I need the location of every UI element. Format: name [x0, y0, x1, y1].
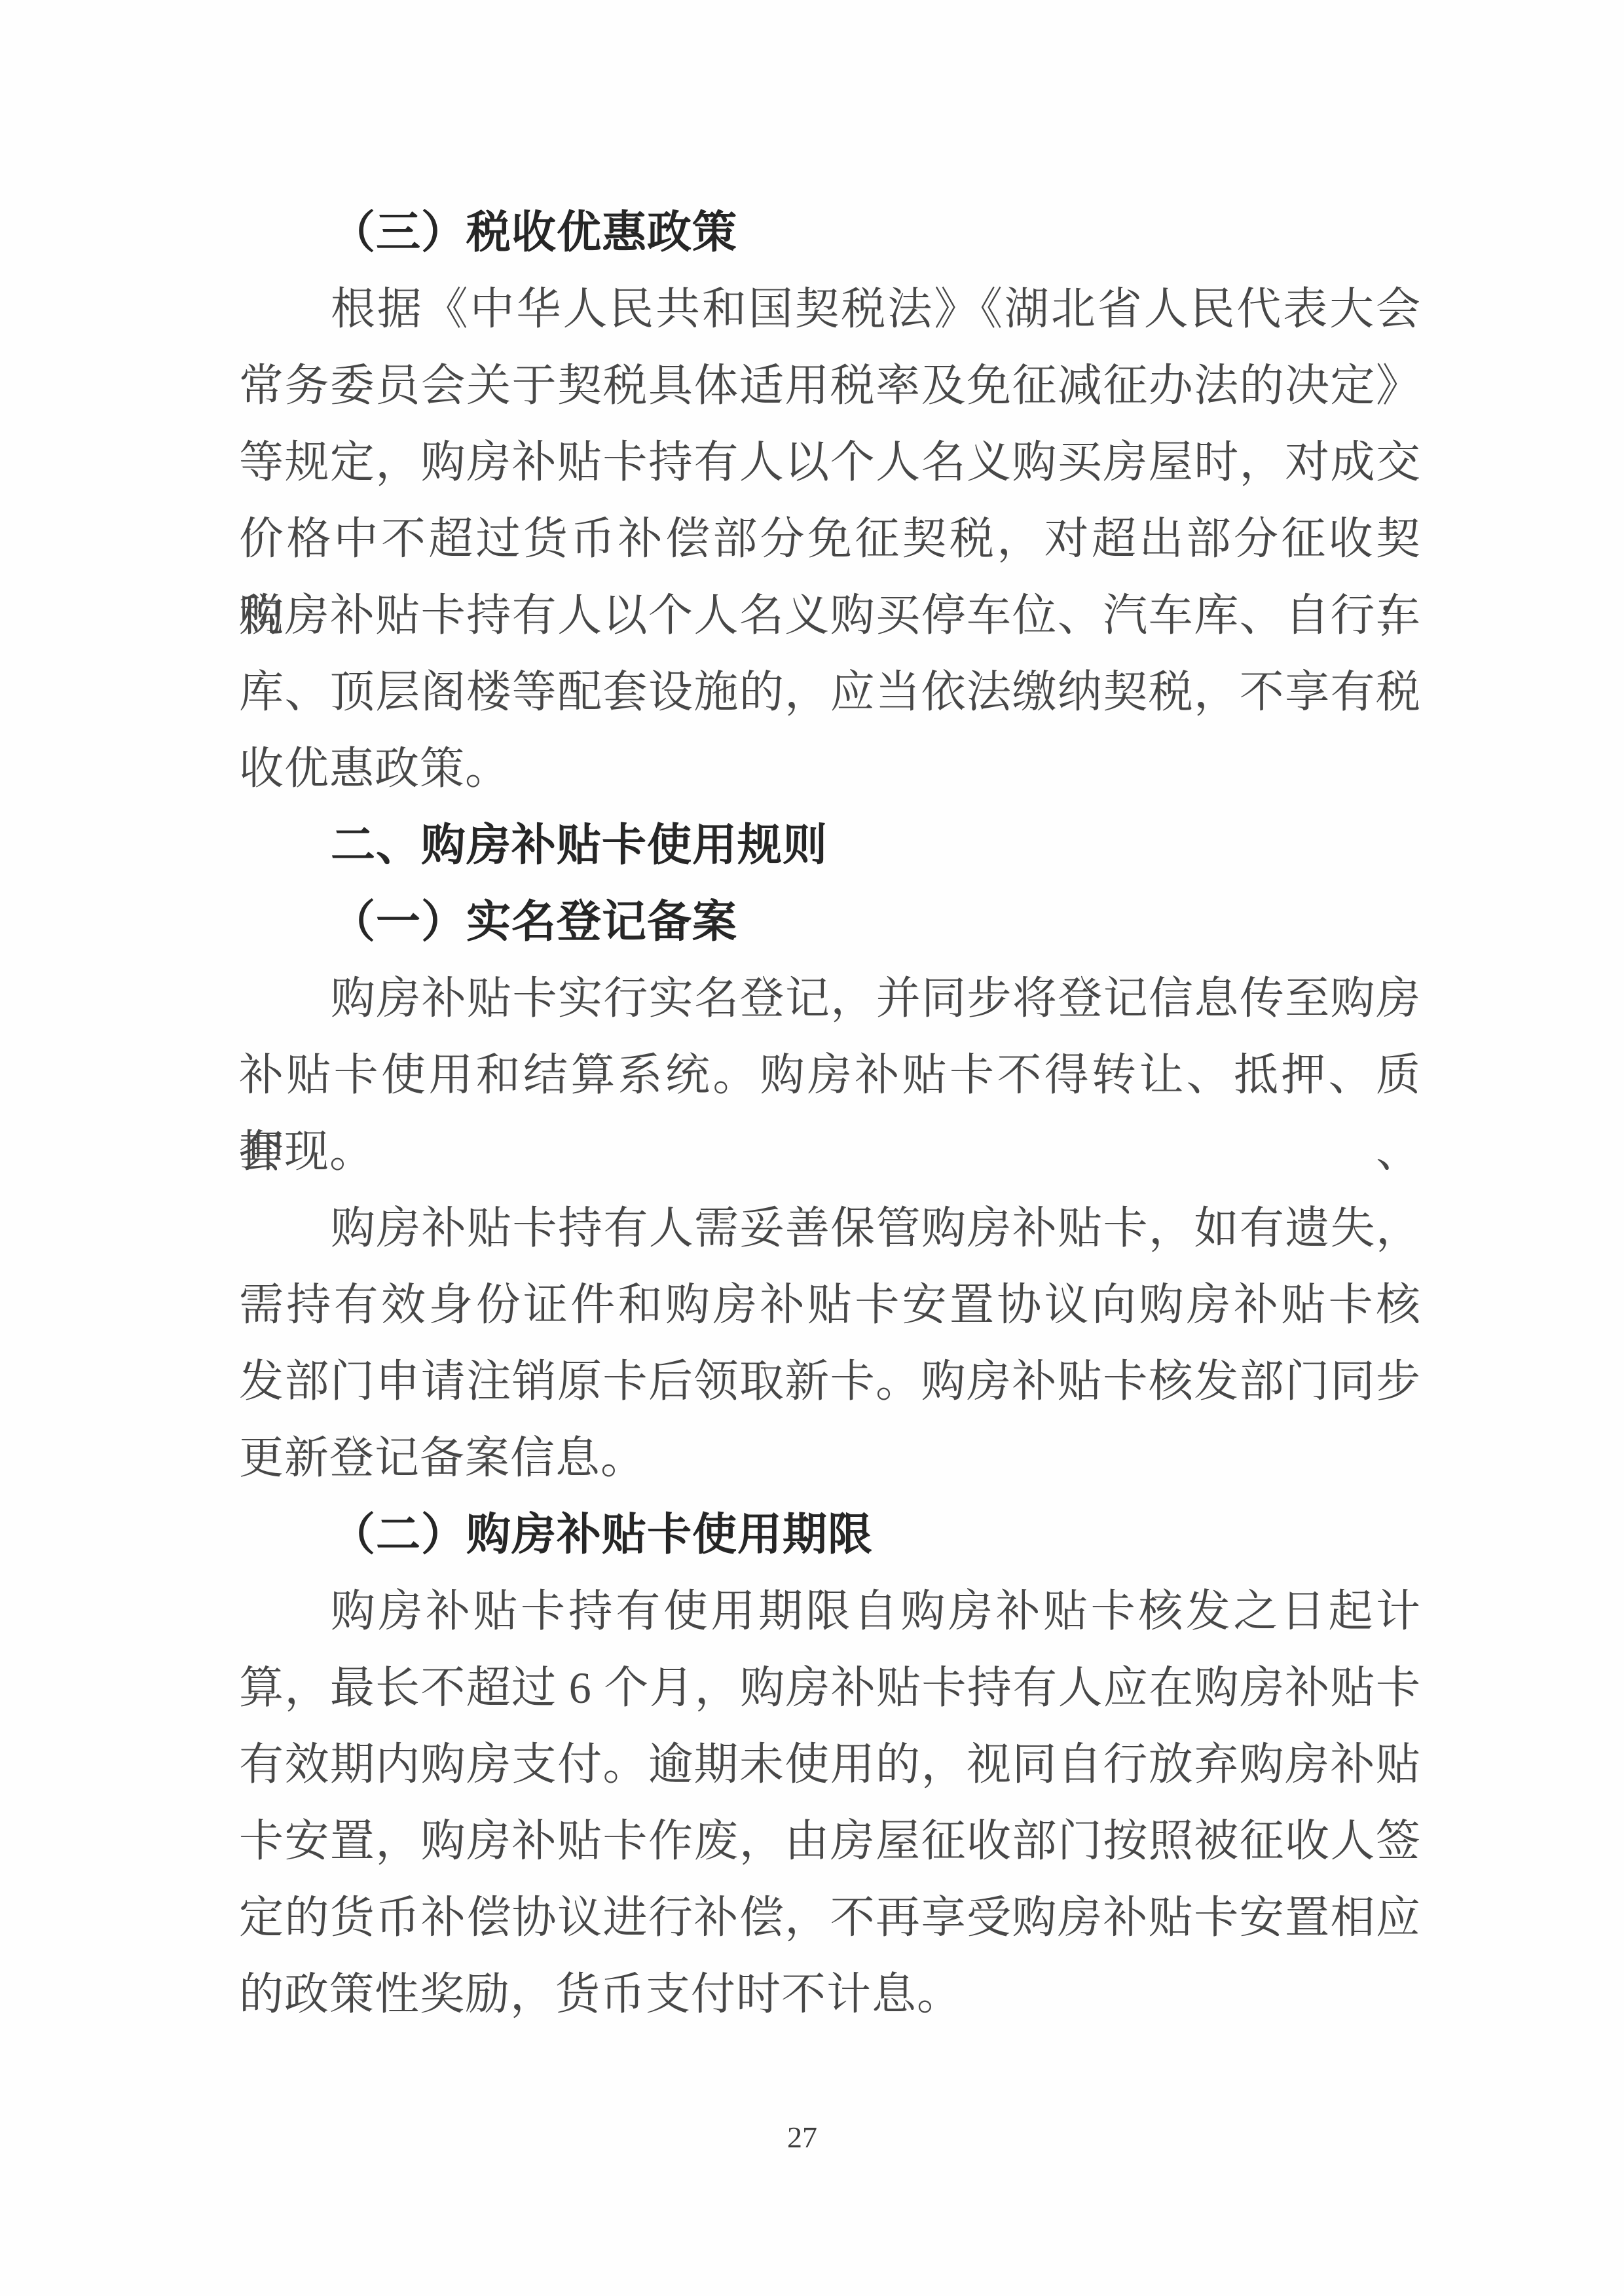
text-line: 收优惠政策。	[239, 731, 1421, 807]
section-heading: 二、购房补贴卡使用规则	[239, 807, 1421, 884]
text-line: 常务委员会关于契税具体适用税率及免征减征办法的决定》	[239, 348, 1421, 424]
text-line: 有效期内购房支付。逾期未使用的，视同自行放弃购房补贴	[239, 1726, 1421, 1803]
text-line: 卡安置，购房补贴卡作废，由房屋征收部门按照被征收人签	[239, 1803, 1421, 1880]
text-line: 购房补贴卡持有人以个人名义购买停车位、汽车库、自行车	[239, 577, 1421, 654]
section-heading: （一）实名登记备案	[239, 884, 1421, 960]
text-line: 定的货币补偿协议进行补偿，不再享受购房补贴卡安置相应	[239, 1880, 1421, 1956]
text-line: 购房补贴卡持有使用期限自购房补贴卡核发之日起计	[239, 1573, 1421, 1650]
section-heading: （二）购房补贴卡使用期限	[239, 1497, 1421, 1573]
document-page: （三）税收优惠政策根据《中华人民共和国契税法》《湖北省人民代表大会常务委员会关于…	[0, 0, 1624, 2296]
text-line: 根据《中华人民共和国契税法》《湖北省人民代表大会	[239, 271, 1421, 348]
text-line: 购房补贴卡实行实名登记，并同步将登记信息传至购房	[239, 960, 1421, 1037]
text-line: 补贴卡使用和结算系统。购房补贴卡不得转让、抵押、质押、	[239, 1037, 1421, 1114]
text-line: 发部门申请注销原卡后领取新卡。购房补贴卡核发部门同步	[239, 1343, 1421, 1420]
text-line: 购房补贴卡持有人需妥善保管购房补贴卡，如有遗失，	[239, 1190, 1421, 1267]
page-number: 27	[720, 2120, 884, 2155]
text-line: 价格中不超过货币补偿部分免征契税，对超出部分征收契税；	[239, 501, 1421, 577]
text-line: 的政策性奖励，货币支付时不计息。	[239, 1956, 1421, 2033]
section-heading: （三）税收优惠政策	[239, 194, 1421, 271]
text-line: 更新登记备案信息。	[239, 1420, 1421, 1497]
text-line: 等规定，购房补贴卡持有人以个人名义购买房屋时，对成交	[239, 424, 1421, 501]
text-line: 算，最长不超过 6 个月，购房补贴卡持有人应在购房补贴卡	[239, 1650, 1421, 1726]
text-line: 库、顶层阁楼等配套设施的，应当依法缴纳契税，不享有税	[239, 654, 1421, 731]
text-line: 需持有效身份证件和购房补贴卡安置协议向购房补贴卡核	[239, 1267, 1421, 1343]
text-block: （三）税收优惠政策根据《中华人民共和国契税法》《湖北省人民代表大会常务委员会关于…	[239, 194, 1421, 2033]
